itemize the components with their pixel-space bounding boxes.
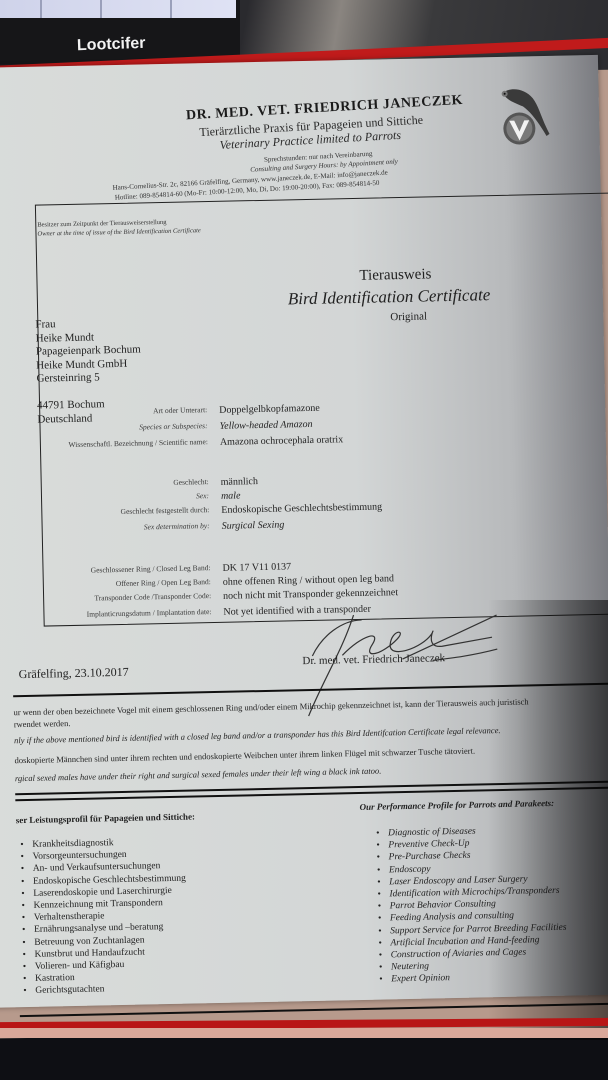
field-value: Doppelgelbkopfamazone — [219, 403, 320, 416]
services-list-de: KrankheitsdiagnostikVorsorgeuntersuchung… — [20, 836, 188, 998]
certificate-title-en: Bird Identification Certificate — [288, 285, 491, 309]
service-item: Gerichtsgutachten — [23, 982, 188, 998]
note-tattoo-de: doskopierte Männchen sind unter ihrem re… — [14, 746, 475, 766]
field-value: Surgical Sexing — [222, 520, 285, 532]
owner-line: Heike Mundt GmbH — [36, 357, 141, 373]
note-legal-en: nly if the above mentioned bird is ident… — [14, 725, 501, 745]
field-value: male — [221, 490, 241, 501]
field-value: männlich — [221, 476, 258, 488]
note-tattoo-en: rgical sexed males have under their righ… — [15, 766, 382, 784]
folder-edge-bottom — [0, 1028, 608, 1038]
certificate-title-de: Tierausweis — [359, 266, 431, 285]
field-value: DK 17 V11 0137 — [222, 561, 291, 573]
shadow — [488, 600, 608, 1040]
tablet-screen — [0, 0, 236, 18]
services-heading-de: ser Leistungsprofil für Papageien und Si… — [16, 811, 195, 825]
parrot-veterinary-logo-icon — [490, 84, 561, 155]
note-legal-de-cont: rwendet werden. — [14, 718, 71, 729]
original-label: Original — [390, 310, 427, 323]
tablet-brand-label: Lootcifer — [77, 35, 146, 55]
place-and-date: Gräfelfing, 23.10.2017 — [19, 665, 129, 682]
field-value: Yellow-headed Amazon — [219, 419, 312, 432]
tablet-device — [0, 0, 240, 64]
